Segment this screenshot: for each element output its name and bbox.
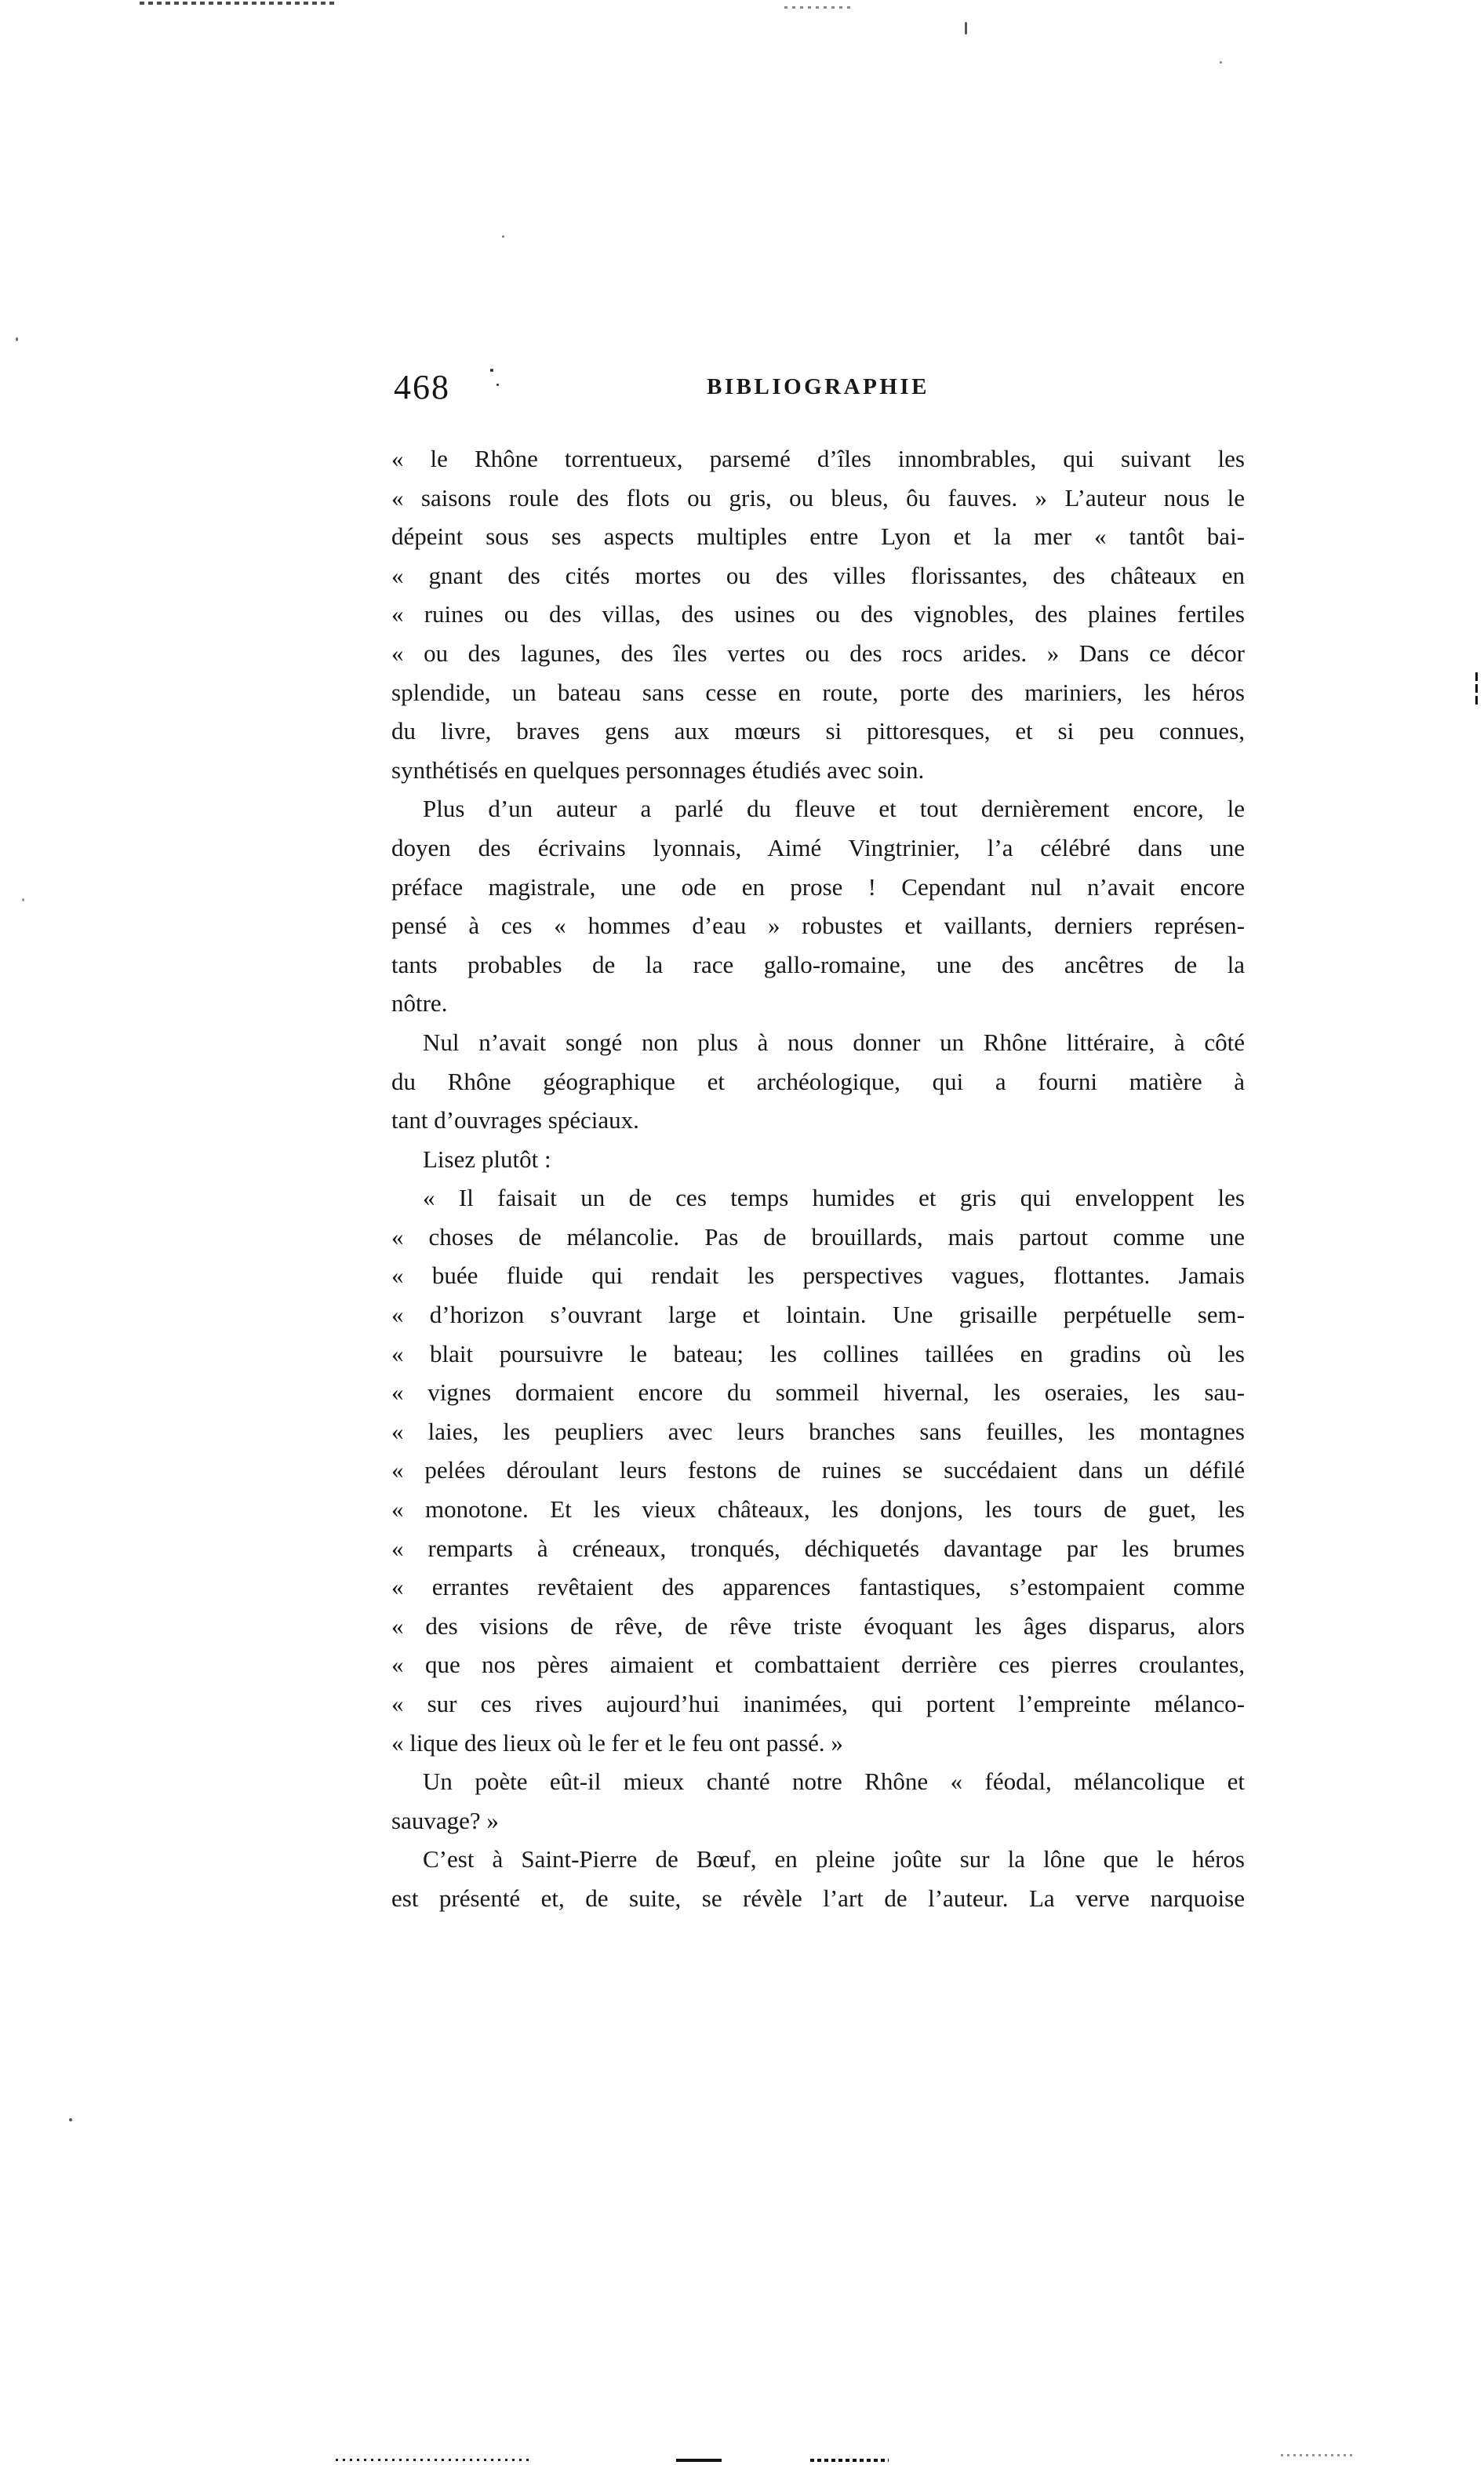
scan-artifact-margin-tick <box>1475 672 1478 705</box>
scan-artifact-bottom-dashes <box>810 2459 889 2462</box>
text-line: « ou des lagunes, des îles vertes ou des… <box>391 634 1245 673</box>
scan-speck <box>502 235 504 238</box>
text-line: « gnant des cités mortes ou des villes f… <box>391 556 1245 595</box>
text-line: « remparts à créneaux, tronqués, déchiqu… <box>391 1529 1245 1568</box>
text-line: « monotone. Et les vieux châteaux, les d… <box>391 1490 1245 1529</box>
scan-artifact-bottom-dots <box>336 2459 529 2461</box>
text-line: « errantes revêtaient des apparences fan… <box>391 1567 1245 1607</box>
scan-speck <box>69 2118 72 2121</box>
text-line: « d’horizon s’ouvrant large et lointain.… <box>391 1295 1245 1334</box>
text-line: « blait poursuivre le bateau; les collin… <box>391 1334 1245 1374</box>
text-line: « laies, les peupliers avec leurs branch… <box>391 1412 1245 1451</box>
scan-artifact-bottom-line <box>676 2459 722 2462</box>
scan-speck <box>22 898 24 901</box>
text-line: tants probables de la race gallo-romaine… <box>391 945 1245 985</box>
text-line: « des visions de rêve, de rêve triste év… <box>391 1607 1245 1646</box>
text-line: « buée fluide qui rendait les perspectiv… <box>391 1256 1245 1295</box>
text-line: splendide, un bateau sans cesse en route… <box>391 673 1245 712</box>
text-line: « que nos pères aimaient et combattaient… <box>391 1645 1245 1684</box>
text-line: du Rhône géographique et archéologique, … <box>391 1062 1245 1101</box>
text-line: sauvage? » <box>391 1801 1245 1841</box>
text-line: Lisez plutôt : <box>391 1140 1245 1179</box>
scan-speck <box>965 22 967 35</box>
text-line: « pelées déroulant leurs festons de ruin… <box>391 1451 1245 1490</box>
text-line: « le Rhône torrentueux, parsemé d’îles i… <box>391 439 1245 479</box>
text-line: Plus d’un auteur a parlé du fleuve et to… <box>391 789 1245 828</box>
text-line: nôtre. <box>391 984 1245 1023</box>
text-block: « le Rhône torrentueux, parsemé d’îles i… <box>391 439 1245 1918</box>
running-title: BIBLIOGRAPHIE <box>392 374 1244 400</box>
text-line: « sur ces rives aujourd’hui inanimées, q… <box>391 1684 1245 1724</box>
text-line: est présenté et, de suite, se révèle l’a… <box>391 1879 1245 1918</box>
scan-artifact-top-dashes <box>784 6 855 9</box>
text-line: C’est à Saint-Pierre de Bœuf, en pleine … <box>391 1840 1245 1879</box>
text-line: « ruines ou des villas, des usines ou de… <box>391 595 1245 634</box>
text-line: Nul n’avait songé non plus à nous donner… <box>391 1023 1245 1062</box>
page-header: 468 BIBLIOGRAPHIE <box>392 367 1244 411</box>
text-line: du livre, braves gens aux mœurs si pitto… <box>391 712 1245 751</box>
scan-speck <box>1220 61 1222 64</box>
text-line: « lique des lieux où le fer et le feu on… <box>391 1724 1245 1763</box>
text-line: « Il faisait un de ces temps humides et … <box>391 1178 1245 1218</box>
scan-speck <box>16 337 18 341</box>
text-line: synthétisés en quelques personnages étud… <box>391 751 1245 790</box>
text-line: « choses de mélancolie. Pas de brouillar… <box>391 1218 1245 1257</box>
scan-artifact-top-dashes <box>140 2 337 5</box>
text-line: dépeint sous ses aspects multiples entre… <box>391 517 1245 556</box>
text-line: « vignes dormaient encore du sommeil hiv… <box>391 1373 1245 1412</box>
text-line: Un poète eût-il mieux chanté notre Rhône… <box>391 1762 1245 1801</box>
scan-artifact-bottom-dots <box>1281 2454 1353 2456</box>
text-line: préface magistrale, une ode en prose ! C… <box>391 868 1245 907</box>
text-line: pensé à ces « hommes d’eau » robustes et… <box>391 906 1245 945</box>
text-line: tant d’ouvrages spéciaux. <box>391 1101 1245 1140</box>
book-page: 468 BIBLIOGRAPHIE « le Rhône torrentueux… <box>0 0 1484 2465</box>
text-line: doyen des écrivains lyonnais, Aimé Vingt… <box>391 828 1245 868</box>
text-line: « saisons roule des flots ou gris, ou bl… <box>391 479 1245 518</box>
